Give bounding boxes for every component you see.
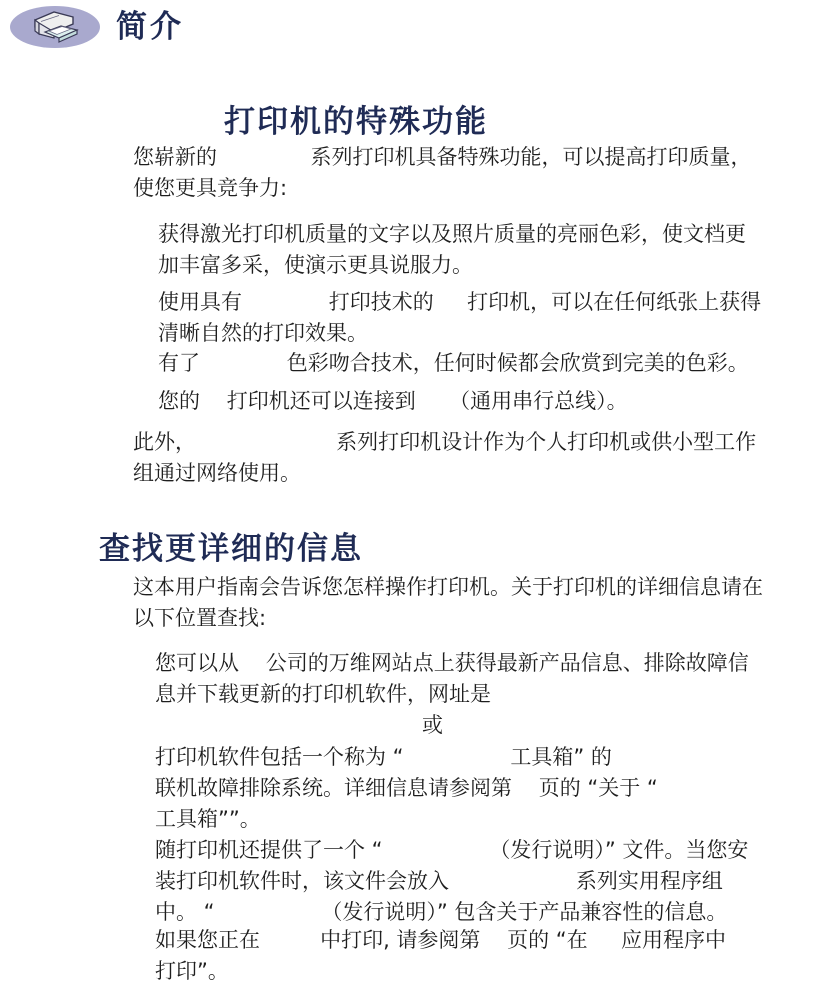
section2-bullet-3: 随打印机还提供了一个 “ （发行说明）” 文件。当您安 装打印机软件时，该文件会… [155, 835, 832, 928]
manual-page: 简介 打印机的特殊功能 您崭新的 系列打印机具备特殊功能，可以提高打印质量， 使… [0, 0, 832, 985]
section1-bullet-1: 获得激光打印机质量的文字以及照片质量的亮丽色彩，使文档更 加丰富多采，使演示更具… [158, 219, 832, 281]
chapter-title: 简介 [116, 9, 184, 45]
section1-intro-paragraph: 您崭新的 系列打印机具备特殊功能，可以提高打印质量， 使您更具竞争力: [133, 142, 813, 204]
section1-bullet-2: 使用具有 打印技术的 打印机，可以在任何纸张上获得 清晰自然的打印效果。 [158, 287, 832, 349]
chapter-header: 简介 [10, 6, 184, 48]
section2-intro-paragraph: 这本用户指南会告诉您怎样操作打印机。关于打印机的详细信息请在 以下位置查找: [133, 572, 813, 634]
section2-bullet-4: 如果您正在 中打印, 请参阅第 页的 “在 应用程序中 打印”。 [155, 925, 832, 985]
section2-bullet-1: 您可以从 公司的万维网站点上获得最新产品信息、排除故障信 息并下载更新的打印机软… [155, 648, 832, 741]
section1-bullet-3: 有了 色彩吻合技术，任何时候都会欣赏到完美的色彩。 [158, 348, 832, 379]
section1-heading: 打印机的特殊功能 [224, 104, 488, 140]
section2-heading: 查找更详细的信息 [99, 531, 363, 567]
section1-outro-paragraph: 此外， 系列打印机设计作为个人打印机或供小型工作 组通过网络使用。 [133, 427, 813, 489]
printer-icon [21, 7, 89, 47]
section1-bullet-4: 您的 打印机还可以连接到 （通用串行总线）。 [158, 386, 832, 417]
chapter-icon-badge [10, 6, 100, 48]
section2-bullet-2: 打印机软件包括一个称为 “ 工具箱” 的 联机故障排除系统。详细信息请参阅第 页… [155, 742, 832, 835]
